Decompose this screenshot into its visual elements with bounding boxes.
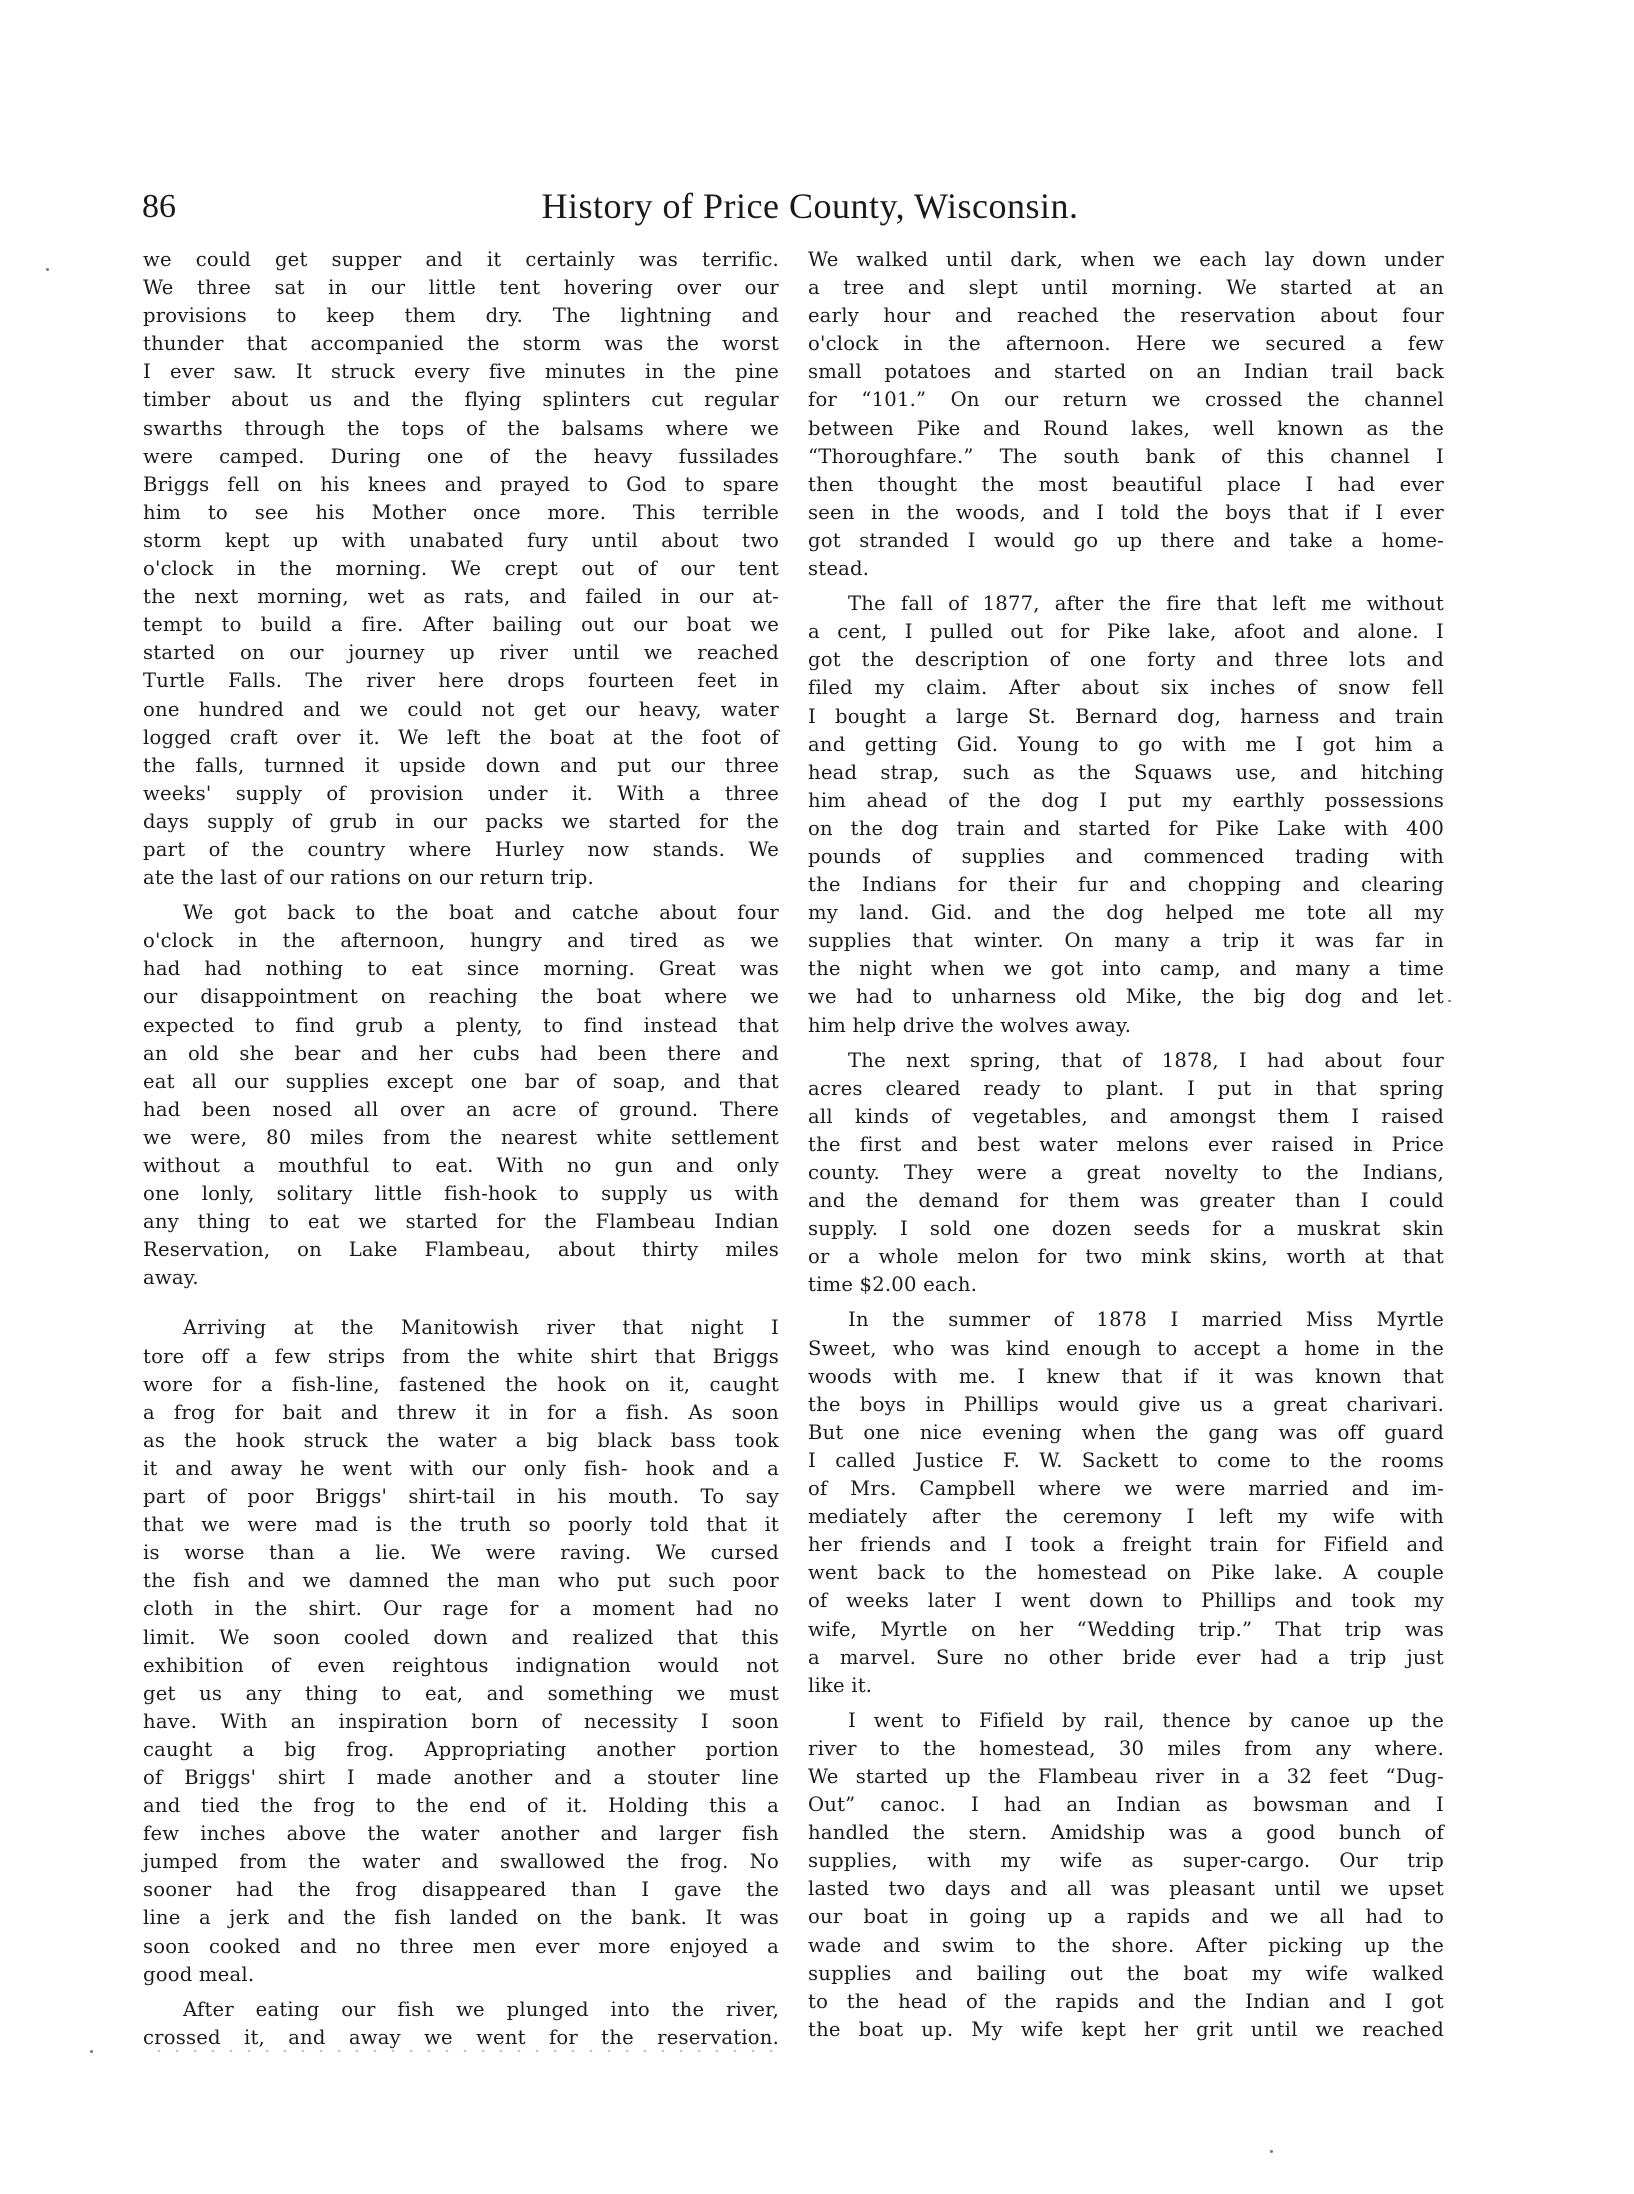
- speck-mark: [46, 268, 49, 271]
- text-line: the boys in Phillips would give us a gre…: [808, 1391, 1444, 1419]
- text-line: stead.: [808, 555, 1444, 583]
- text-line: swarths through the tops of the balsams …: [143, 415, 779, 443]
- text-line: We three sat in our little tent hovering…: [143, 274, 779, 302]
- paragraph: Arriving at the Manitowish river that ni…: [143, 1314, 779, 1988]
- text-line: and the demand for them was greater than…: [808, 1187, 1444, 1215]
- text-line: on the dog train and started for Pike La…: [808, 815, 1444, 843]
- text-line: We got back to the boat and catche about…: [143, 899, 779, 927]
- text-line: seen in the woods, and I told the boys t…: [808, 499, 1444, 527]
- text-line: that we were mad is the truth so poorly …: [143, 1511, 779, 1539]
- text-line: good meal.: [143, 1961, 779, 1989]
- text-line: filed my claim. After about six inches o…: [808, 674, 1444, 702]
- text-line: The fall of 1877, after the fire that le…: [808, 590, 1444, 618]
- text-line: Turtle Falls. The river here drops fourt…: [143, 667, 779, 695]
- text-line: supplies and bailing out the boat my wif…: [808, 1960, 1444, 1988]
- text-line: exhibition of even reightous indignation…: [143, 1652, 779, 1680]
- text-line: jumped from the water and swallowed the …: [143, 1848, 779, 1876]
- paragraph: The next spring, that of 1878, I had abo…: [808, 1047, 1444, 1300]
- text-line: o'clock in the morning. We crept out of …: [143, 555, 779, 583]
- text-line: cloth in the shirt. Our rage for a momen…: [143, 1595, 779, 1623]
- text-line: head strap, such as the Squaws use, and …: [808, 759, 1444, 787]
- column-left: we could get supper and it certainly was…: [143, 246, 779, 2052]
- text-line: any thing to eat we started for the Flam…: [143, 1208, 779, 1236]
- text-line: In the summer of 1878 I married Miss Myr…: [808, 1306, 1444, 1334]
- text-line: eat all our supplies except one bar of s…: [143, 1068, 779, 1096]
- text-line: limit. We soon cooled down and realized …: [143, 1624, 779, 1652]
- paragraph: I went to Fifield by rail, thence by can…: [808, 1707, 1444, 2044]
- text-line: one lonly, solitary little fish-hook to …: [143, 1180, 779, 1208]
- text-line: Sweet, who was kind enough to accept a h…: [808, 1335, 1444, 1363]
- text-line: supplies, with my wife as super-cargo. O…: [808, 1847, 1444, 1875]
- text-line: I went to Fifield by rail, thence by can…: [808, 1707, 1444, 1735]
- text-line: we could get supper and it certainly was…: [143, 246, 779, 274]
- text-line: o'clock in the afternoon, hungry and tir…: [143, 927, 779, 955]
- text-line: county. They were a great novelty to the…: [808, 1159, 1444, 1187]
- text-line: the falls, turnned it upside down and pu…: [143, 752, 779, 780]
- text-line: provisions to keep them dry. The lightni…: [143, 302, 779, 330]
- text-line: o'clock in the afternoon. Here we secure…: [808, 330, 1444, 358]
- text-line: then thought the most beautiful place I …: [808, 471, 1444, 499]
- text-line: as the hook struck the water a big black…: [143, 1427, 779, 1455]
- text-line: a tree and slept until morning. We start…: [808, 274, 1444, 302]
- text-line: him to see his Mother once more. This te…: [143, 499, 779, 527]
- text-line: expected to find grub a plenty, to find …: [143, 1012, 779, 1040]
- text-line: of weeks later I went down to Phillips a…: [808, 1587, 1444, 1615]
- text-line: our disappointment on reaching the boat …: [143, 983, 779, 1011]
- column-right: We walked until dark, when we each lay d…: [808, 246, 1444, 2044]
- text-line: Arriving at the Manitowish river that ni…: [143, 1314, 779, 1342]
- text-line: Reservation, on Lake Flambeau, about thi…: [143, 1236, 779, 1264]
- text-line: got stranded I would go up there and tak…: [808, 527, 1444, 555]
- text-line: we were, 80 miles from the nearest white…: [143, 1124, 779, 1152]
- paragraph: In the summer of 1878 I married Miss Myr…: [808, 1306, 1444, 1699]
- text-line: sooner had the frog disappeared than I g…: [143, 1876, 779, 1904]
- paragraph: The fall of 1877, after the fire that le…: [808, 590, 1444, 1040]
- text-line: acres cleared ready to plant. I put in t…: [808, 1075, 1444, 1103]
- text-line: or a whole melon for two mink skins, wor…: [808, 1243, 1444, 1271]
- print-specks: [150, 2048, 780, 2054]
- text-line: wore for a fish-line, fastened the hook …: [143, 1371, 779, 1399]
- text-line: “Thoroughfare.” The south bank of this c…: [808, 443, 1444, 471]
- text-line: But one nice evening when the gang was o…: [808, 1419, 1444, 1447]
- speck-mark: [1448, 1000, 1451, 1002]
- text-line: the boat up. My wife kept her grit until…: [808, 2016, 1444, 2044]
- text-line: have. With an inspiration born of necess…: [143, 1708, 779, 1736]
- text-line: weeks' supply of provision under it. Wit…: [143, 780, 779, 808]
- text-line: few inches above the water another and l…: [143, 1820, 779, 1848]
- text-line: away.: [143, 1264, 779, 1292]
- text-line: of Mrs. Campbell where we were married a…: [808, 1475, 1444, 1503]
- text-line: I ever saw. It struck every five minutes…: [143, 358, 779, 386]
- text-line: small potatoes and started on an Indian …: [808, 358, 1444, 386]
- text-line: the Indians for their fur and chopping a…: [808, 871, 1444, 899]
- text-line: and tied the frog to the end of it. Hold…: [143, 1792, 779, 1820]
- text-line: Briggs fell on his knees and prayed to G…: [143, 471, 779, 499]
- text-line: wade and swim to the shore. After pickin…: [808, 1932, 1444, 1960]
- text-line: logged craft over it. We left the boat a…: [143, 724, 779, 752]
- text-line: We walked until dark, when we each lay d…: [808, 246, 1444, 274]
- text-line: timber about us and the flying splinters…: [143, 386, 779, 414]
- text-line: an old she bear and her cubs had been th…: [143, 1040, 779, 1068]
- text-line: part of the country where Hurley now sta…: [143, 836, 779, 864]
- text-line: part of poor Briggs' shirt-tail in his m…: [143, 1483, 779, 1511]
- text-line: ate the last of our rations on our retur…: [143, 864, 779, 892]
- paragraph: We got back to the boat and catche about…: [143, 899, 779, 1292]
- text-line: between Pike and Round lakes, well known…: [808, 415, 1444, 443]
- text-line: river to the homestead, 30 miles from an…: [808, 1735, 1444, 1763]
- text-line: without a mouthful to eat. With no gun a…: [143, 1152, 779, 1180]
- text-line: had been nosed all over an acre of groun…: [143, 1096, 779, 1124]
- speck-mark: [1270, 2150, 1273, 2153]
- text-line: woods with me. I knew that if it was kno…: [808, 1363, 1444, 1391]
- text-line: supplies that winter. On many a trip it …: [808, 927, 1444, 955]
- text-line: get us any thing to eat, and something w…: [143, 1680, 779, 1708]
- text-line: it and away he went with our only fish- …: [143, 1455, 779, 1483]
- text-line: were camped. During one of the heavy fus…: [143, 443, 779, 471]
- text-line: for “101.” On our return we crossed the …: [808, 386, 1444, 414]
- text-line: the fish and we damned the man who put s…: [143, 1567, 779, 1595]
- text-line: her friends and I took a freight train f…: [808, 1531, 1444, 1559]
- text-line: handled the stern. Amidship was a good b…: [808, 1819, 1444, 1847]
- text-line: early hour and reached the reservation a…: [808, 302, 1444, 330]
- text-line: started on our journey up river until we…: [143, 639, 779, 667]
- text-line: mediately after the ceremony I left my w…: [808, 1503, 1444, 1531]
- text-line: my land. Gid. and the dog helped me tote…: [808, 899, 1444, 927]
- page-number: 86: [142, 188, 176, 226]
- paragraph: After eating our fish we plunged into th…: [143, 1996, 779, 2052]
- text-line: caught a big frog. Appropriating another…: [143, 1736, 779, 1764]
- text-line: wife, Myrtle on her “Wedding trip.” That…: [808, 1616, 1444, 1644]
- text-line: time $2.00 each.: [808, 1271, 1444, 1299]
- speck-mark: [90, 2050, 93, 2053]
- text-line: of Briggs' shirt I made another and a st…: [143, 1764, 779, 1792]
- text-line: got the description of one forty and thr…: [808, 646, 1444, 674]
- text-line: had had nothing to eat since morning. Gr…: [143, 955, 779, 983]
- text-line: I called Justice F. W. Sackett to come t…: [808, 1447, 1444, 1475]
- text-line: We started up the Flambeau river in a 32…: [808, 1763, 1444, 1791]
- text-line: Out” canoc. I had an Indian as bowsman a…: [808, 1791, 1444, 1819]
- text-line: and getting Gid. Young to go with me I g…: [808, 731, 1444, 759]
- text-line: thunder that accompanied the storm was t…: [143, 330, 779, 358]
- text-line: the first and best water melons ever rai…: [808, 1131, 1444, 1159]
- text-line: pounds of supplies and commenced trading…: [808, 843, 1444, 871]
- text-line: days supply of grub in our packs we star…: [143, 808, 779, 836]
- text-line: The next spring, that of 1878, I had abo…: [808, 1047, 1444, 1075]
- text-line: all kinds of vegetables, and amongst the…: [808, 1103, 1444, 1131]
- text-line: I bought a large St. Bernard dog, harnes…: [808, 703, 1444, 731]
- text-line: the next morning, wet as rats, and faile…: [143, 583, 779, 611]
- text-line: to the head of the rapids and the Indian…: [808, 1988, 1444, 2016]
- paragraph: we could get supper and it certainly was…: [143, 246, 779, 892]
- text-line: a frog for bait and threw it in for a fi…: [143, 1399, 779, 1427]
- text-line: one hundred and we could not get our hea…: [143, 696, 779, 724]
- text-line: went back to the homestead on Pike lake.…: [808, 1559, 1444, 1587]
- text-line: is worse than a lie. We were raving. We …: [143, 1539, 779, 1567]
- text-line: we had to unharness old Mike, the big do…: [808, 983, 1444, 1011]
- text-line: supply. I sold one dozen seeds for a mus…: [808, 1215, 1444, 1243]
- text-line: him help drive the wolves away.: [808, 1012, 1444, 1040]
- text-line: lasted two days and all was pleasant unt…: [808, 1875, 1444, 1903]
- text-line: him ahead of the dog I put my earthly po…: [808, 787, 1444, 815]
- text-line: tore off a few strips from the white shi…: [143, 1343, 779, 1371]
- text-line: a cent, I pulled out for Pike lake, afoo…: [808, 618, 1444, 646]
- text-line: like it.: [808, 1672, 1444, 1700]
- text-line: tempt to build a fire. After bailing out…: [143, 611, 779, 639]
- text-line: soon cooked and no three men ever more e…: [143, 1933, 779, 1961]
- text-line: our boat in going up a rapids and we all…: [808, 1903, 1444, 1931]
- text-line: the night when we got into camp, and man…: [808, 955, 1444, 983]
- text-line: storm kept up with unabated fury until a…: [143, 527, 779, 555]
- text-line: After eating our fish we plunged into th…: [143, 1996, 779, 2024]
- text-line: a marvel. Sure no other bride ever had a…: [808, 1644, 1444, 1672]
- page-title: History of Price County, Wisconsin.: [490, 185, 1130, 227]
- paragraph: We walked until dark, when we each lay d…: [808, 246, 1444, 583]
- text-line: line a jerk and the fish landed on the b…: [143, 1904, 779, 1932]
